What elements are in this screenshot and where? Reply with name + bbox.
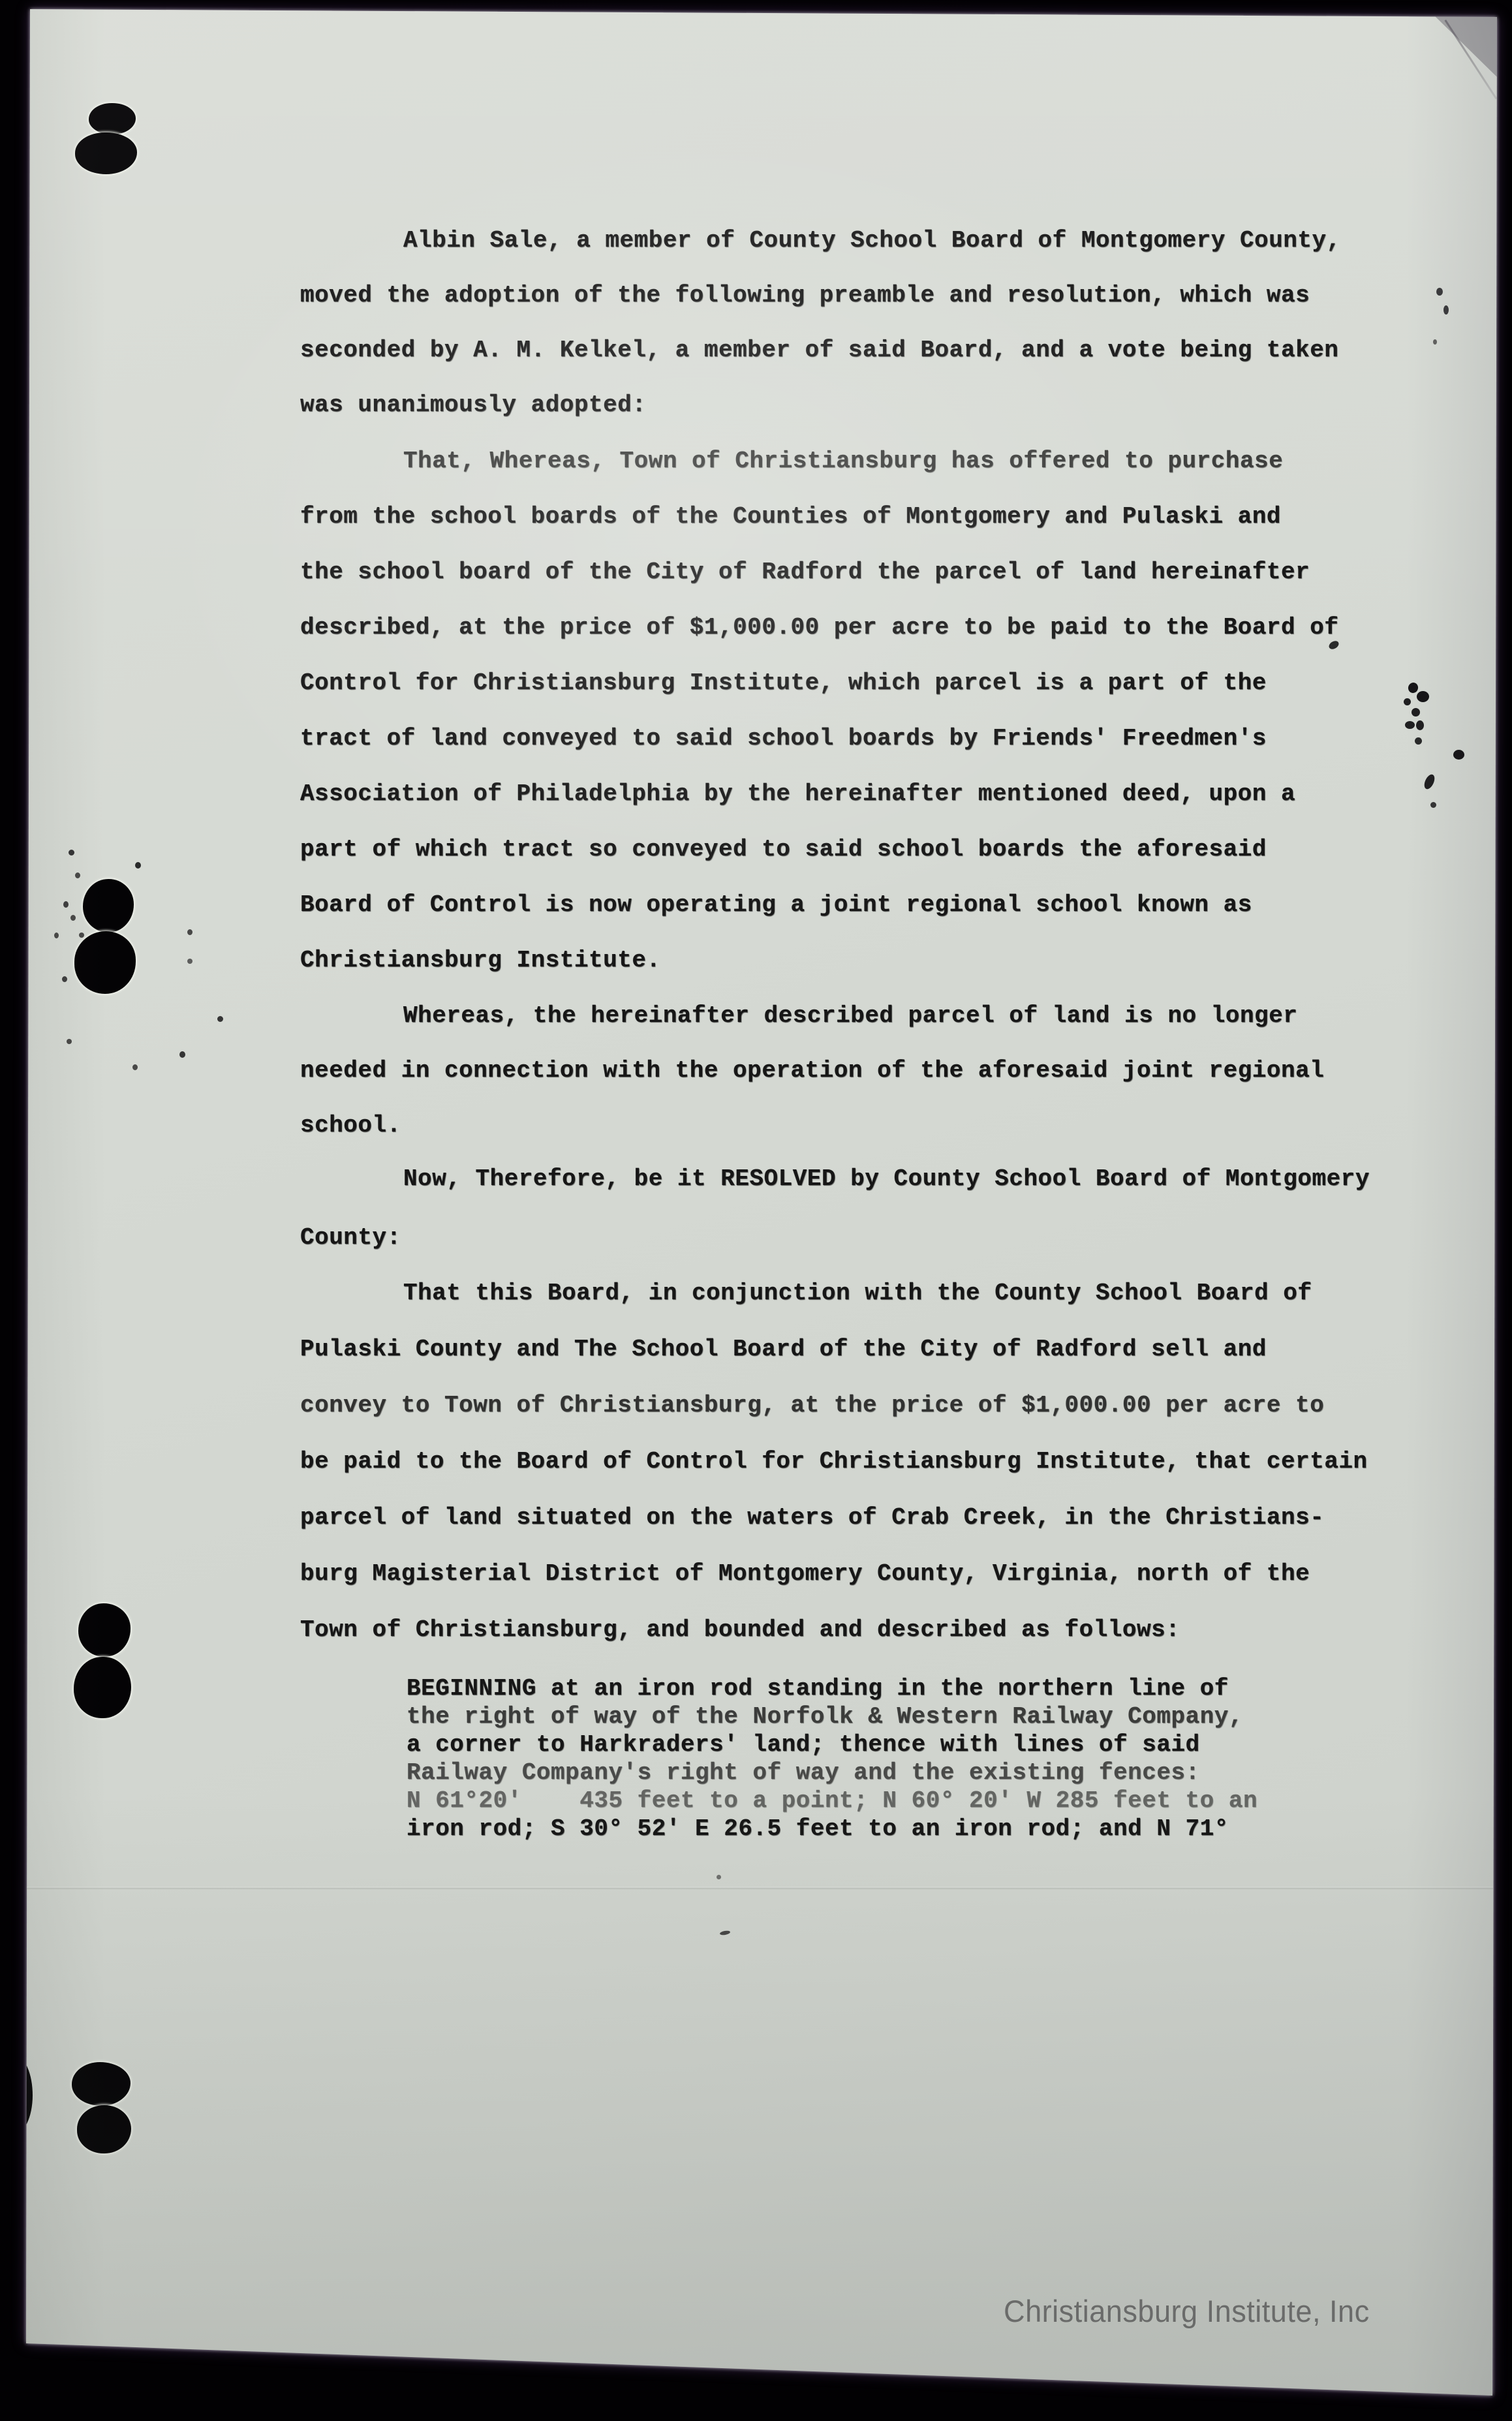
dust-speck [1430,802,1436,808]
dust-speck [132,1064,138,1070]
hole-punch-icon [77,2105,131,2153]
text-line: That, Whereas, Town of Christiansburg ha… [300,433,1390,489]
dust-speck [135,862,141,869]
corner-fold-crease-line [1444,20,1497,99]
dust-speck [67,1039,72,1044]
dust-speck [187,929,193,935]
text-line: iron rod; S 30° 52' E 26.5 feet to an ir… [407,1815,1274,1843]
dust-speck [1412,708,1420,717]
paragraph-resolution-body: That this Board, in conjunction with the… [300,1265,1390,1658]
dust-speck [1415,737,1422,745]
text-line: Pulaski County and The School Board of t… [300,1321,1390,1378]
dust-speck [1453,750,1464,760]
dust-speck [1416,720,1424,730]
hole-punch-icon [72,2062,131,2106]
text-line: BEGINNING at an iron rod standing in the… [407,1674,1274,1703]
dust-speck [54,933,59,938]
text-line: Now, Therefore, be it RESOLVED by County… [300,1150,1390,1209]
text-line: That this Board, in conjunction with the… [300,1265,1390,1321]
dust-speck [1433,339,1437,345]
paragraph-whereas-offer: That, Whereas, Town of Christiansburg ha… [300,433,1390,988]
dust-speck [62,976,67,982]
typewritten-text: Albin Sale, a member of County School Bo… [300,0,1390,2421]
dust-speck [1404,698,1411,705]
dust-speck [63,901,69,908]
text-line: seconded by A. M. Kelkel, a member of sa… [300,323,1390,378]
dust-speck [217,1016,223,1022]
text-line: Control for Christiansburg Institute, wh… [300,655,1390,711]
text-line: a corner to Harkraders' land; thence wit… [407,1731,1274,1759]
text-line: Railway Company's right of way and the e… [407,1759,1274,1787]
dust-speck [70,915,76,921]
text-line: County: [300,1209,1390,1267]
text-line: N 61°20' 435 feet to a point; N 60° 20' … [407,1787,1274,1815]
horizontal-crease [26,1887,1493,1889]
text-line: needed in connection with the operation … [300,1043,1390,1098]
text-line: parcel of land situated on the waters of… [300,1490,1390,1546]
paragraph-motion: Albin Sale, a member of County School Bo… [300,213,1390,433]
hole-punch-icon [74,931,136,994]
text-line: tract of land conveyed to said school bo… [300,711,1390,766]
text-line: be paid to the Board of Control for Chri… [300,1434,1390,1490]
text-line: was unanimously adopted: [300,378,1390,433]
hole-punch-icon [75,132,137,174]
left-edge-notch [0,2056,33,2135]
dust-speck [179,1051,185,1058]
text-line: school. [300,1098,1390,1153]
dust-speck [1423,773,1437,790]
text-line: described, at the price of $1,000.00 per… [300,600,1390,655]
document-page: Albin Sale, a member of County School Bo… [0,0,1512,2421]
hole-punch-icon [83,879,134,933]
text-line: from the school boards of the Counties o… [300,489,1390,544]
text-line: Whereas, the hereinafter described parce… [300,989,1390,1043]
text-line: Association of Philadelphia by the herei… [300,766,1390,822]
legal-description: BEGINNING at an iron rod standing in the… [407,1674,1274,1843]
dust-speck [1405,721,1415,729]
text-line: moved the adoption of the following prea… [300,268,1390,323]
text-line: Board of Control is now operating a join… [300,877,1390,933]
text-line: the right of way of the Norfolk & Wester… [407,1703,1274,1731]
dust-speck [1417,691,1429,702]
text-line: the school board of the City of Radford … [300,544,1390,600]
text-line: convey to Town of Christiansburg, at the… [300,1378,1390,1434]
text-line: Town of Christiansburg, and bounded and … [300,1602,1390,1658]
watermark: Christiansburg Institute, Inc [1004,2293,1370,2329]
hole-punch-icon [74,1657,131,1718]
dust-speck [187,959,193,964]
hole-punch-icon [78,1603,131,1657]
scanned-document-photo: Albin Sale, a member of County School Bo… [0,0,1512,2421]
text-line: burg Magisterial District of Montgomery … [300,1546,1390,1602]
dust-speck [69,850,74,856]
scanned-page-wrap: Albin Sale, a member of County School Bo… [0,0,1512,2421]
paragraph-resolved: Now, Therefore, be it RESOLVED by County… [300,1150,1390,1267]
paragraph-whereas-not-needed: Whereas, the hereinafter described parce… [300,989,1390,1153]
hole-punch-icon [89,103,136,134]
dust-speck [79,933,84,938]
dust-speck [75,872,80,878]
dust-speck [1436,288,1443,296]
text-line: part of which tract so conveyed to said … [300,822,1390,877]
dust-speck [717,1875,721,1879]
dust-speck [1443,305,1449,315]
text-line: Albin Sale, a member of County School Bo… [300,213,1390,268]
text-line: Christiansburg Institute. [300,933,1390,988]
